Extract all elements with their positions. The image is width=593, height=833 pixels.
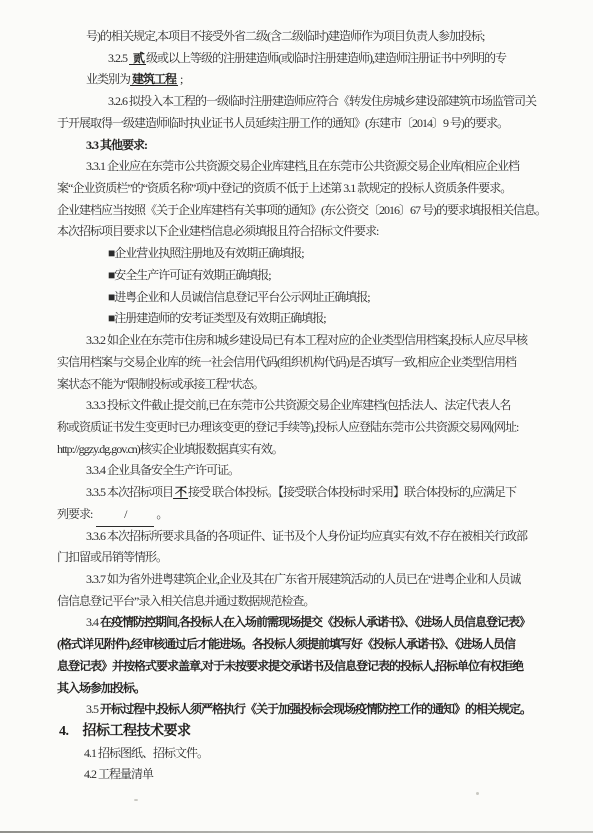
filled-blank-underlined: 不	[173, 485, 188, 499]
clause-3-4: 3.4 在疫情防控期间,各投标人在入场前需现场提交《投标人承诺书》、《进场人员信…	[57, 612, 557, 634]
clause-3-2-5-continuation: 业类别为 建筑工程 ;	[57, 69, 557, 91]
clause-3-3-3-continuation: 称或资质证书发生变更时已办理该变更的登记手续等),投标人应登陆东莞市公共资源交易…	[57, 417, 557, 439]
clause-3-3-1-continuation: 本次招标项目要求以下企业建档信息必须填报且符合招标文件要求:	[57, 221, 557, 243]
section-4-heading: 4.招标工程技术要求	[57, 721, 557, 743]
clause-3-3-3-continuation: http://ggzy.dg.gov.cn)核实企业填报数据真实有效。	[57, 439, 557, 461]
clause-number-text: 3.5	[86, 702, 100, 716]
clause-3-2-6-continuation: 于开展取得一级建造师临时执业证书人员延续注册工作的通知》(东建市〔2014〕9 …	[57, 113, 557, 135]
clause-3-2-6: 3.2.6 拟投入本工程的一级临时注册建造师应符合《转发住房城乡建设部建筑市场监…	[57, 91, 557, 113]
bullet-item: ■安全生产许可证有效期正确填报;	[57, 265, 557, 287]
clause-text: 列要求:	[57, 507, 92, 521]
clause-4-2: 4.2 工程量清单	[57, 764, 557, 786]
clause-3-3-4: 3.3.4 企业具备安全生产许可证。	[57, 460, 557, 482]
clause-3-3-7-continuation: 信信息登记平台”录入相关信息并通过数据规范检查。	[57, 591, 557, 613]
clause-3-3-2-continuation: 实信用档案与交易企业库的统一社会信用代码(组织机构代码)是否填写一致,相应企业类…	[57, 352, 557, 374]
scanned-document-page: 号)的相关规定,本项目不接受外省二级(含二级临时)建造师作为项目负责人参加投标;…	[0, 0, 593, 833]
clause-3-4-continuation: (格式详见附件),经审核通过后才能进场。各投标人须提前填写好《投标人承诺书》、《…	[57, 634, 557, 656]
clause-3-3-2: 3.3.2 如企业在东莞市住房和城乡建设局已有本工程对应的企业类型信用档案,投标…	[57, 330, 557, 352]
clause-number-text: 3.2.5	[108, 51, 129, 65]
section-title-text: 招标工程技术要求	[83, 724, 191, 739]
clause-3-3-1: 3.3.1 企业应在东莞市公共资源交易企业库建档,且在东莞市公共资源交易企业库(…	[57, 156, 557, 178]
scan-speck	[476, 792, 479, 795]
filled-blank-underlined: 建筑工程	[130, 72, 178, 86]
bullet-item: ■进粤企业和人员诚信信息登记平台公示网址正确填报;	[57, 287, 557, 309]
clause-text: 接受 联合体投标。【接受联合体投标时采用】联合体投标的,应满足下	[188, 485, 516, 499]
clause-3-3-3: 3.3.3 投标文件截止提交前,已在东莞市公共资源交易企业库建档(包括:法人、法…	[57, 395, 557, 417]
clause-3-3-6-continuation: 门扣留或吊销等情形。	[57, 547, 557, 569]
clause-3-4-continuation: 其入场参加投标。	[57, 678, 557, 700]
empty-blank-slash: /	[96, 504, 154, 527]
filled-blank-underlined: 贰	[129, 51, 146, 65]
clause-text: 3.3.5 本次招标项目	[86, 485, 173, 499]
document-body: 号)的相关规定,本项目不接受外省二级(含二级临时)建造师作为项目负责人参加投标;…	[57, 26, 557, 786]
continuation-clause-line: 号)的相关规定,本项目不接受外省二级(含二级临时)建造师作为项目负责人参加投标;	[57, 26, 557, 48]
clause-3-3-6: 3.3.6 本次招标所要求具备的各项证件、证书及个人身份证均应真实有效,不存在被…	[57, 526, 557, 548]
clause-3-4-continuation: 息登记表》并按格式要求盖章,对于未按要求提交承诺书及信息登记表的投标人,招标单位…	[57, 656, 557, 678]
clause-text: 。	[156, 507, 167, 521]
clause-3-3-2-continuation: 案状态不能为“限制投标或承接工程”状态。	[57, 374, 557, 396]
clause-3-5: 3.5 开标过程中,投标人须严格执行《关于加强投标会现场疫情防控工作的通知》的相…	[57, 699, 557, 721]
bullet-item: ■企业营业执照注册地及有效期正确填报;	[57, 243, 557, 265]
clause-text-bold: 在疫情防控期间,各投标人在入场前需现场提交《投标人承诺书》、《进场人员信息登记表…	[100, 615, 530, 629]
clause-3-3-7: 3.3.7 如为省外进粤建筑企业,企业及其在广东省开展建筑活动的人员已在“进粤企…	[57, 569, 557, 591]
clause-3-2-5: 3.2.5 贰 级或以上等级的注册建造师(或临时注册建造师),建造师注册证书中列…	[57, 48, 557, 70]
clause-text: 业类别为	[86, 72, 130, 86]
clause-text: 级或以上等级的注册建造师(或临时注册建造师),建造师注册证书中列明的专	[146, 51, 506, 65]
clause-text: ;	[178, 72, 182, 86]
clause-3-3-5-continuation: 列要求:/。	[57, 504, 557, 526]
clause-3-3-5: 3.3.5 本次招标项目 不 接受 联合体投标。【接受联合体投标时采用】联合体投…	[57, 482, 557, 504]
clause-3-3-1-continuation: 案“企业资质栏”的“资质名称”项)中登记的资质不低于上述第 3.1 款规定的投标…	[57, 178, 557, 200]
section-number-text: 4.	[59, 724, 69, 739]
clause-number-text: 3.4	[86, 615, 100, 629]
scan-speck	[134, 799, 138, 801]
clause-4-1: 4.1 招标图纸、招标文件。	[57, 743, 557, 765]
clause-text-bold: 开标过程中,投标人须严格执行《关于加强投标会现场疫情防控工作的通知》的相关规定。	[100, 702, 531, 716]
clause-3-3-1-continuation: 企业建档应当按照《关于企业库建档有关事项的通知》(东公资交〔2016〕67 号)…	[57, 200, 557, 222]
bullet-item: ■注册建造师的安考证类型及有效期正确填报;	[57, 308, 557, 330]
section-3-3-heading: 3.3 其他要求:	[57, 135, 557, 157]
